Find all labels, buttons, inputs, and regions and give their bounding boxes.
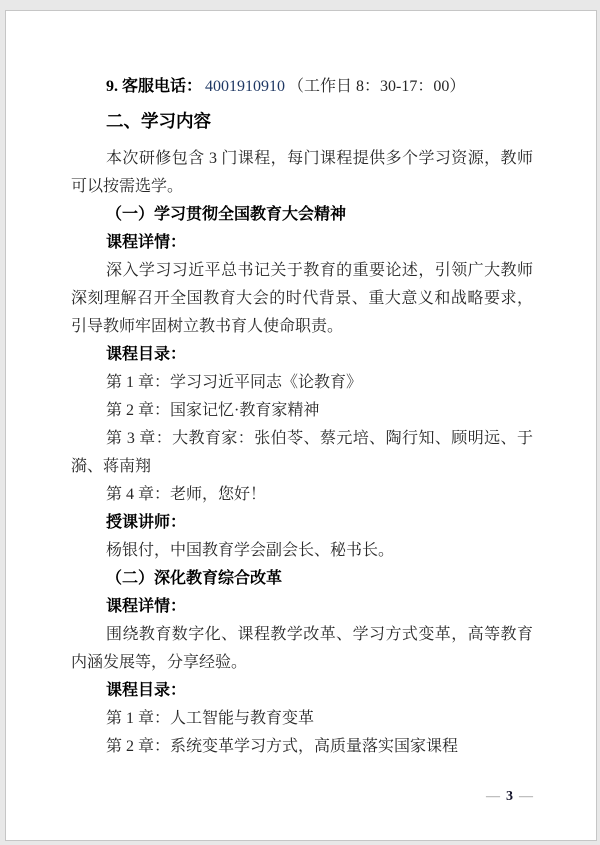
- heading-line: 课程目录：: [71, 677, 533, 705]
- text-line: 第 2 章：系统变革学习方式，高质量落实国家课程: [71, 733, 533, 761]
- heading-line: 二、学习内容: [71, 107, 533, 135]
- page-number-value: 3: [506, 789, 513, 804]
- page-number-dash-left: —: [486, 789, 500, 804]
- service-hours: （工作日 8：30-17：00）: [288, 78, 465, 95]
- text-line: 可以按需选学。: [71, 173, 533, 201]
- text-line: 杨银付，中国教育学会副会长、秘书长。: [71, 537, 533, 565]
- text-line: 第 1 章：学习习近平同志《论教育》: [71, 369, 533, 397]
- text-line: 内涵发展等，分享经验。: [71, 649, 533, 677]
- text-line: 围绕教育数字化、课程教学改革、学习方式变革，高等教育: [71, 621, 533, 649]
- heading-line: 授课讲师：: [71, 509, 533, 537]
- service-phone-number: 4001910910: [205, 78, 285, 95]
- heading-line: （一）学习贯彻全国教育大会精神: [71, 201, 533, 229]
- text-line: 第 3 章：大教育家：张伯苓、蔡元培、陶行知、顾明远、于: [71, 425, 533, 453]
- heading-line: （二）深化教育综合改革: [71, 565, 533, 593]
- heading-line: 课程目录：: [71, 341, 533, 369]
- text-line: 第 2 章：国家记忆·教育家精神: [71, 397, 533, 425]
- page-number-dash-right: —: [519, 789, 533, 804]
- text-line: 深刻理解召开全国教育大会的时代背景、重大意义和战略要求，: [71, 285, 533, 313]
- document-page: 9. 客服电话：4001910910（工作日 8：30-17：00） 二、学习内…: [5, 10, 597, 841]
- text-line: 深入学习习近平总书记关于教育的重要论述，引领广大教师: [71, 257, 533, 285]
- heading-line: 课程详情：: [71, 593, 533, 621]
- text-line: 漪、蒋南翔: [71, 453, 533, 481]
- service-phone-line: 9. 客服电话：4001910910（工作日 8：30-17：00）: [71, 73, 533, 101]
- heading-line: 课程详情：: [71, 229, 533, 257]
- text-line: 引导教师牢固树立教书育人使命职责。: [71, 313, 533, 341]
- text-line: 本次研修包含 3 门课程，每门课程提供多个学习资源，教师: [71, 145, 533, 173]
- page-number: —3—: [71, 783, 533, 811]
- document-lines: 二、学习内容本次研修包含 3 门课程，每门课程提供多个学习资源，教师可以按需选学…: [71, 107, 533, 761]
- text-line: 第 4 章：老师，您好！: [71, 481, 533, 509]
- service-phone-label: 9. 客服电话：: [106, 78, 202, 95]
- text-line: 第 1 章：人工智能与教育变革: [71, 705, 533, 733]
- document-content: 9. 客服电话：4001910910（工作日 8：30-17：00） 二、学习内…: [71, 73, 533, 811]
